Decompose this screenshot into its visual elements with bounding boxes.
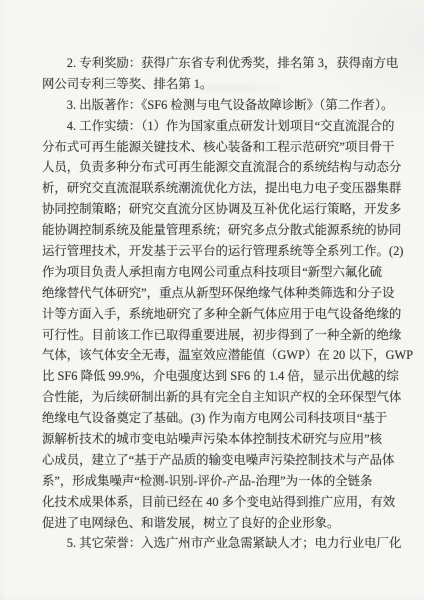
scanned-document-page: 2. 专利奖励：获得广东省专利优秀奖，排名第 3，获得南方电网公司专利三等奖、排… — [0, 0, 424, 600]
text-line: 源解析技术的城市变电站噪声污染本体控制技术研究与应用”核 — [42, 429, 392, 450]
text-line: 3. 出版著作：《SF6 检测与电气设备故障诊断》（第二作者）。 — [42, 95, 392, 116]
text-line: 析，研究交直流混联系统潮流优化方法，提出电力电子变压器集群 — [42, 178, 392, 199]
text-line: 比 SF6 降低 99.9%，介电强度达到 SF6 的 1.4 倍，显示出优越的… — [42, 366, 392, 387]
text-line: 心成员，建立了“基于产品质的输变电噪声污染控制技术与产品体 — [42, 450, 392, 471]
text-line: 5. 其它荣誉：入选广州市产业急需紧缺人才；电力行业电厂化 — [42, 533, 392, 554]
text-line: 4. 工作实绩：（1）作为国家重点研发计划项目“交直流混合的 — [42, 116, 392, 137]
document-text-block: 2. 专利奖励：获得广东省专利优秀奖，排名第 3，获得南方电网公司专利三等奖、排… — [42, 53, 392, 554]
text-line: 运行管理技术，开发基于云平台的运行管理系统等全系列工作。(2) — [42, 241, 392, 262]
text-line: 系”，形成集噪声“检测-识别-评价-产品-治理”为一体的全链条 — [42, 471, 392, 492]
text-line: 分布式可再生能源关键技术、核心装备和工程示范研究”项目骨干 — [42, 137, 392, 158]
text-line: 能协调控制系统及能量管理系统；研究多点分散式能源系统的协同 — [42, 220, 392, 241]
text-line: 化技术成果体系，目前已经在 40 多个变电站得到推广应用，有效 — [42, 492, 392, 513]
text-line: 作为项目负责人承担南方电网公司重点科技项目“新型六氟化硫 — [42, 262, 392, 283]
text-line: 绝缘电气设备奠定了基础。(3) 作为南方电网公司科技项目“基于 — [42, 408, 392, 429]
text-line: 网公司专利三等奖、排名第 1。 — [42, 74, 392, 95]
text-line: 人员，负责多种分布式可再生能源交直流混合的系统结构与动态分 — [42, 157, 392, 178]
text-line: 绝缘替代气体研究”，重点从新型环保绝缘气体种类筛选和分子设 — [42, 283, 392, 304]
text-line: 可行性。目前该工作已取得重要进展，初步得到了一种全新的绝缘 — [42, 325, 392, 346]
text-line: 协同控制策略；研究交直流分区协调及互补优化运行策略，开发多 — [42, 199, 392, 220]
text-line: 合性能，为后续研制出新的具有完全自主知识产权的全环保型气体 — [42, 387, 392, 408]
text-line: 2. 专利奖励：获得广东省专利优秀奖，排名第 3，获得南方电 — [42, 53, 392, 74]
text-line: 促进了电网绿色、和谐发展，树立了良好的企业形象。 — [42, 513, 392, 534]
text-line: 计等方面入手，系统地研究了多种全新气体应用于电气设备绝缘的 — [42, 304, 392, 325]
text-line: 气体，该气体安全无毒，温室效应潜能值（GWP）在 20 以下，GWP — [42, 345, 392, 366]
